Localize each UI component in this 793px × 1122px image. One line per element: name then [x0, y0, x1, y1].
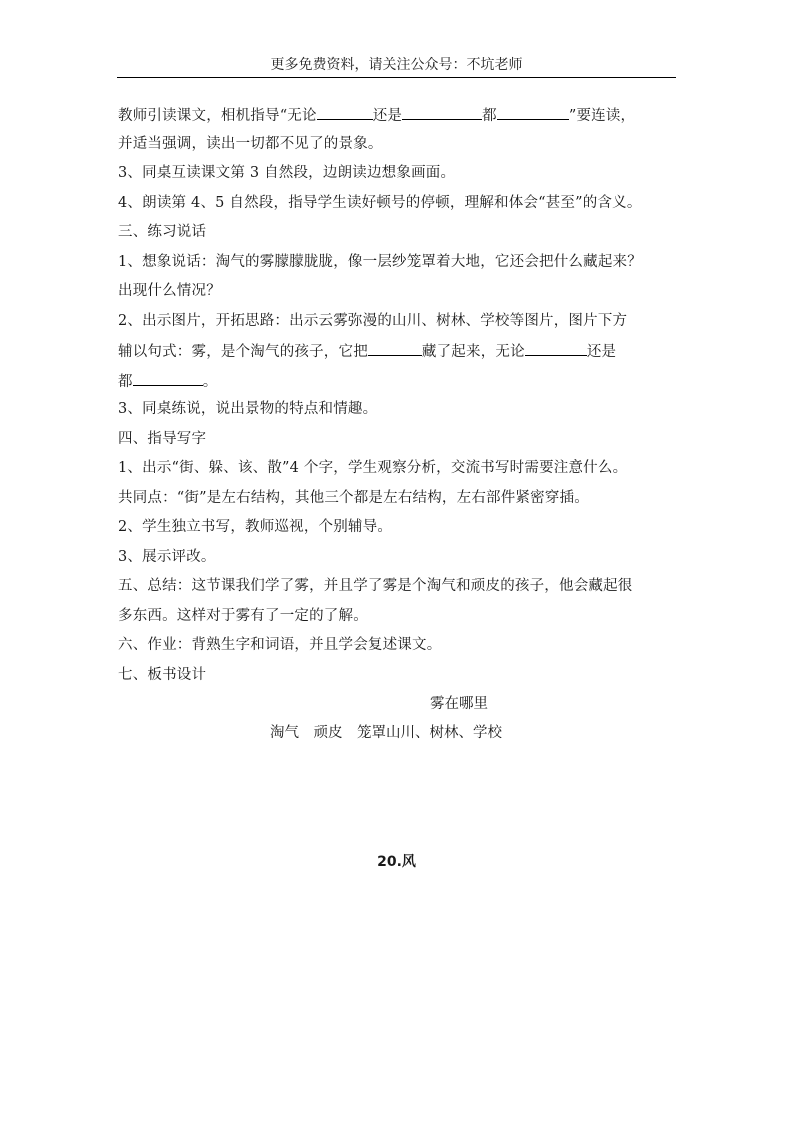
section-heading-writing: 四、指导写字 — [118, 429, 206, 449]
section-heading-board-design: 七、板书设计 — [118, 665, 206, 685]
fill-blank — [133, 370, 203, 386]
paragraph-line: 2、学生独立书写，教师巡视，个别辅导。 — [118, 517, 392, 537]
next-lesson-title: 20.风 — [0, 853, 793, 871]
fill-blank — [402, 104, 482, 120]
paragraph-line: 多东西。这样对于雾有了一定的了解。 — [118, 606, 368, 626]
paragraph-line: 3、同桌互读课文第 3 自然段，边朗读边想象画面。 — [118, 163, 455, 183]
board-keywords: 淘气 顽皮 笼罩山川、树林、学校 — [270, 723, 502, 743]
paragraph-line: 1、出示“街、躲、该、散”4 个字，学生观察分析，交流书写时需要注意什么。 — [118, 458, 627, 478]
paragraph-homework: 六、作业：背熟生字和词语，并且学会复述课文。 — [118, 635, 441, 655]
paragraph-sentence-pattern-end: 都。 — [118, 370, 217, 392]
fill-blank — [525, 340, 587, 356]
fill-blank — [497, 104, 569, 120]
paragraph-line: 并适当强调，读出一切都不见了的景象。 — [118, 134, 383, 154]
paragraph-summary: 五、总结：这节课我们学了雾，并且学了雾是个淘气和顽皮的孩子，他会藏起很 — [118, 576, 633, 596]
page-header: 更多免费资料，请关注公众号：不坑老师 — [117, 56, 676, 74]
paragraph-line: 2、出示图片，开拓思路：出示云雾弥漫的山川、树林、学校等图片，图片下方 — [118, 311, 627, 331]
paragraph-line: 3、同桌练说，说出景物的特点和情趣。 — [118, 399, 377, 419]
paragraph-line: 4、朗读第 4、5 自然段，指导学生读好顿号的停顿，理解和体会“甚至”的含义。 — [118, 193, 642, 213]
board-title: 雾在哪里 — [430, 694, 488, 714]
fill-blank — [317, 104, 373, 120]
fill-blank — [368, 340, 422, 356]
paragraph-line: 共同点：“街”是左右结构，其他三个都是左右结构，左右部件紧密穿插。 — [118, 488, 589, 508]
paragraph-sentence-pattern: 辅以句式：雾，是个淘气的孩子，它把藏了起来，无论还是 — [118, 340, 616, 362]
header-divider — [117, 77, 676, 78]
paragraph-guided-reading: 教师引读课文，相机指导“无论还是都”要连读， — [118, 104, 635, 126]
section-heading-speaking-practice: 三、练习说话 — [118, 222, 206, 242]
paragraph-line: 1、想象说话：淘气的雾朦朦胧胧，像一层纱笼罩着大地，它还会把什么藏起来？ — [118, 252, 642, 272]
paragraph-line: 3、展示评改。 — [118, 547, 216, 567]
paragraph-line: 出现什么情况？ — [118, 281, 221, 301]
